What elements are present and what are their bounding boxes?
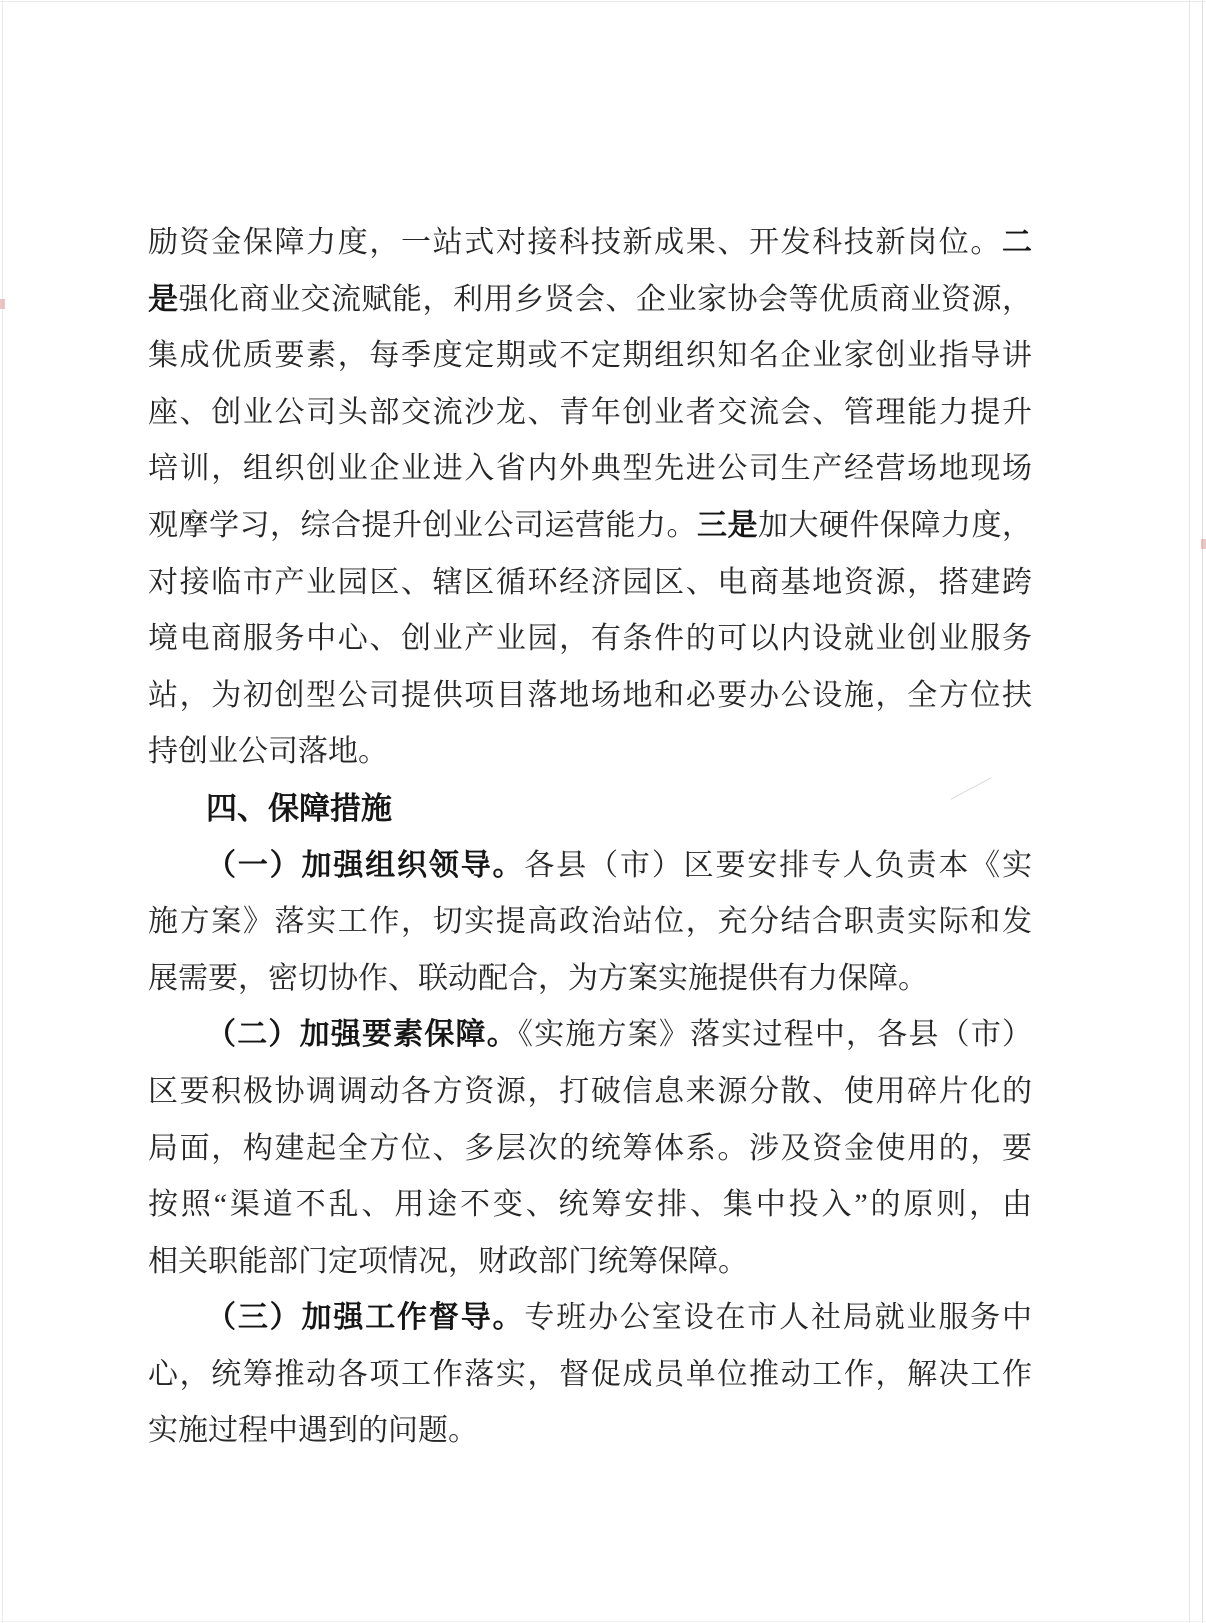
text-line: 施方案》落实工作，切实提高政治站位，充分结合职责实际和发 <box>148 894 1032 951</box>
section-heading: 四、保障措施 <box>148 781 1032 838</box>
text-run: 座、创业公司头部交流沙龙、青年创业者交流会、管理能力提升 <box>148 396 1032 429</box>
page-edge-line-left <box>2 0 3 1623</box>
text-run: 境电商服务中心、创业产业园，有条件的可以内设就业创业服务 <box>148 622 1032 655</box>
text-line: 展需要，密切协作、联动配合，为方案实施提供有力保障。 <box>148 951 1032 1008</box>
text-line: 局面，构建起全方位、多层次的统筹体系。涉及资金使用的，要 <box>148 1121 1032 1178</box>
bold-text-run: （二）加强要素保障。 <box>206 1018 518 1051</box>
bold-text-run: 是 <box>148 283 179 316</box>
bold-text-run: （三）加强工作督导。 <box>206 1301 524 1334</box>
text-run: 按照“渠道不乱、用途不变、统筹安排、集中投入”的原则，由 <box>148 1188 1032 1221</box>
text-line: 境电商服务中心、创业产业园，有条件的可以内设就业创业服务 <box>148 611 1032 668</box>
text-run: 心，统筹推动各项工作落实，督促成员单位推动工作，解决工作 <box>148 1358 1032 1391</box>
text-line: 培训，组织创业企业进入省内外典型先进公司生产经营场地现场 <box>148 441 1032 498</box>
text-line: （三）加强工作督导。专班办公室设在市人社局就业服务中 <box>148 1290 1032 1347</box>
text-line: 是强化商业交流赋能，利用乡贤会、企业家协会等优质商业资源， <box>148 272 1032 329</box>
bold-text-run: 四、保障措施 <box>206 791 392 826</box>
text-run: 展需要，密切协作、联动配合，为方案实施提供有力保障。 <box>148 962 928 995</box>
text-run: 持创业公司落地。 <box>148 735 388 768</box>
text-line: （一）加强组织领导。各县（市）区要安排专人负责本《实 <box>148 838 1032 895</box>
text-block: 励资金保障力度，一站式对接科技新成果、开发科技新岗位。二是强化商业交流赋能，利用… <box>148 215 1032 1460</box>
text-run: 站，为初创型公司提供项目落地场地和必要办公设施，全方位扶 <box>148 679 1032 712</box>
text-line: 对接临市产业园区、辖区循环经济园区、电商基地资源，搭建跨 <box>148 555 1032 612</box>
text-run: 培训，组织创业企业进入省内外典型先进公司生产经营场地现场 <box>148 452 1032 485</box>
bold-text-run: （一）加强组织领导。 <box>206 849 524 882</box>
bold-text-run: 二 <box>1002 226 1032 259</box>
text-line: 持创业公司落地。 <box>148 724 1032 781</box>
text-line: 实施过程中遇到的问题。 <box>148 1403 1032 1460</box>
text-run: 实施过程中遇到的问题。 <box>148 1414 478 1447</box>
page-edge-line-right-outer <box>1202 0 1203 1623</box>
page-edge-line-bottom <box>0 1621 1206 1622</box>
text-run: 区要积极协调调动各方资源，打破信息来源分散、使用碎片化的 <box>148 1075 1032 1108</box>
text-line: 按照“渠道不乱、用途不变、统筹安排、集中投入”的原则，由 <box>148 1177 1032 1234</box>
text-line: 励资金保障力度，一站式对接科技新成果、开发科技新岗位。二 <box>148 215 1032 272</box>
text-line: 相关职能部门定项情况，财政部门统筹保障。 <box>148 1234 1032 1291</box>
scan-artifact-left <box>0 299 5 309</box>
text-run: 强化商业交流赋能，利用乡贤会、企业家协会等优质商业资源， <box>179 283 1033 316</box>
text-run: 相关职能部门定项情况，财政部门统筹保障。 <box>148 1245 748 1278</box>
page-edge-line-right-inner <box>1189 0 1190 1623</box>
text-line: 区要积极协调调动各方资源，打破信息来源分散、使用碎片化的 <box>148 1064 1032 1121</box>
document-page: 励资金保障力度，一站式对接科技新成果、开发科技新岗位。二是强化商业交流赋能，利用… <box>0 0 1206 1623</box>
text-line: 集成优质要素，每季度定期或不定期组织知名企业家创业指导讲 <box>148 328 1032 385</box>
text-run: 励资金保障力度，一站式对接科技新成果、开发科技新岗位。 <box>148 226 1002 259</box>
text-run: 各县（市）区要安排专人负责本《实 <box>524 849 1032 882</box>
text-run: 集成优质要素，每季度定期或不定期组织知名企业家创业指导讲 <box>148 339 1032 372</box>
text-line: 站，为初创型公司提供项目落地场地和必要办公设施，全方位扶 <box>148 668 1032 725</box>
text-run: 《实施方案》落实过程中，各县（市） <box>518 1018 1032 1051</box>
text-line: 心，统筹推动各项工作落实，督促成员单位推动工作，解决工作 <box>148 1347 1032 1404</box>
text-line: （二）加强要素保障。《实施方案》落实过程中，各县（市） <box>148 1007 1032 1064</box>
bold-text-run: 三是 <box>697 509 758 542</box>
text-run: 施方案》落实工作，切实提高政治站位，充分结合职责实际和发 <box>148 905 1032 938</box>
text-run: 对接临市产业园区、辖区循环经济园区、电商基地资源，搭建跨 <box>148 566 1032 599</box>
text-line: 观摩学习，综合提升创业公司运营能力。三是加大硬件保障力度， <box>148 498 1032 555</box>
scan-artifact-right <box>1201 539 1206 549</box>
text-run: 加大硬件保障力度， <box>758 509 1032 542</box>
page-edge-line-top <box>0 1 1206 2</box>
text-run: 专班办公室设在市人社局就业服务中 <box>524 1301 1032 1334</box>
text-run: 观摩学习，综合提升创业公司运营能力。 <box>148 509 697 542</box>
text-line: 座、创业公司头部交流沙龙、青年创业者交流会、管理能力提升 <box>148 385 1032 442</box>
text-run: 局面，构建起全方位、多层次的统筹体系。涉及资金使用的，要 <box>148 1132 1032 1165</box>
